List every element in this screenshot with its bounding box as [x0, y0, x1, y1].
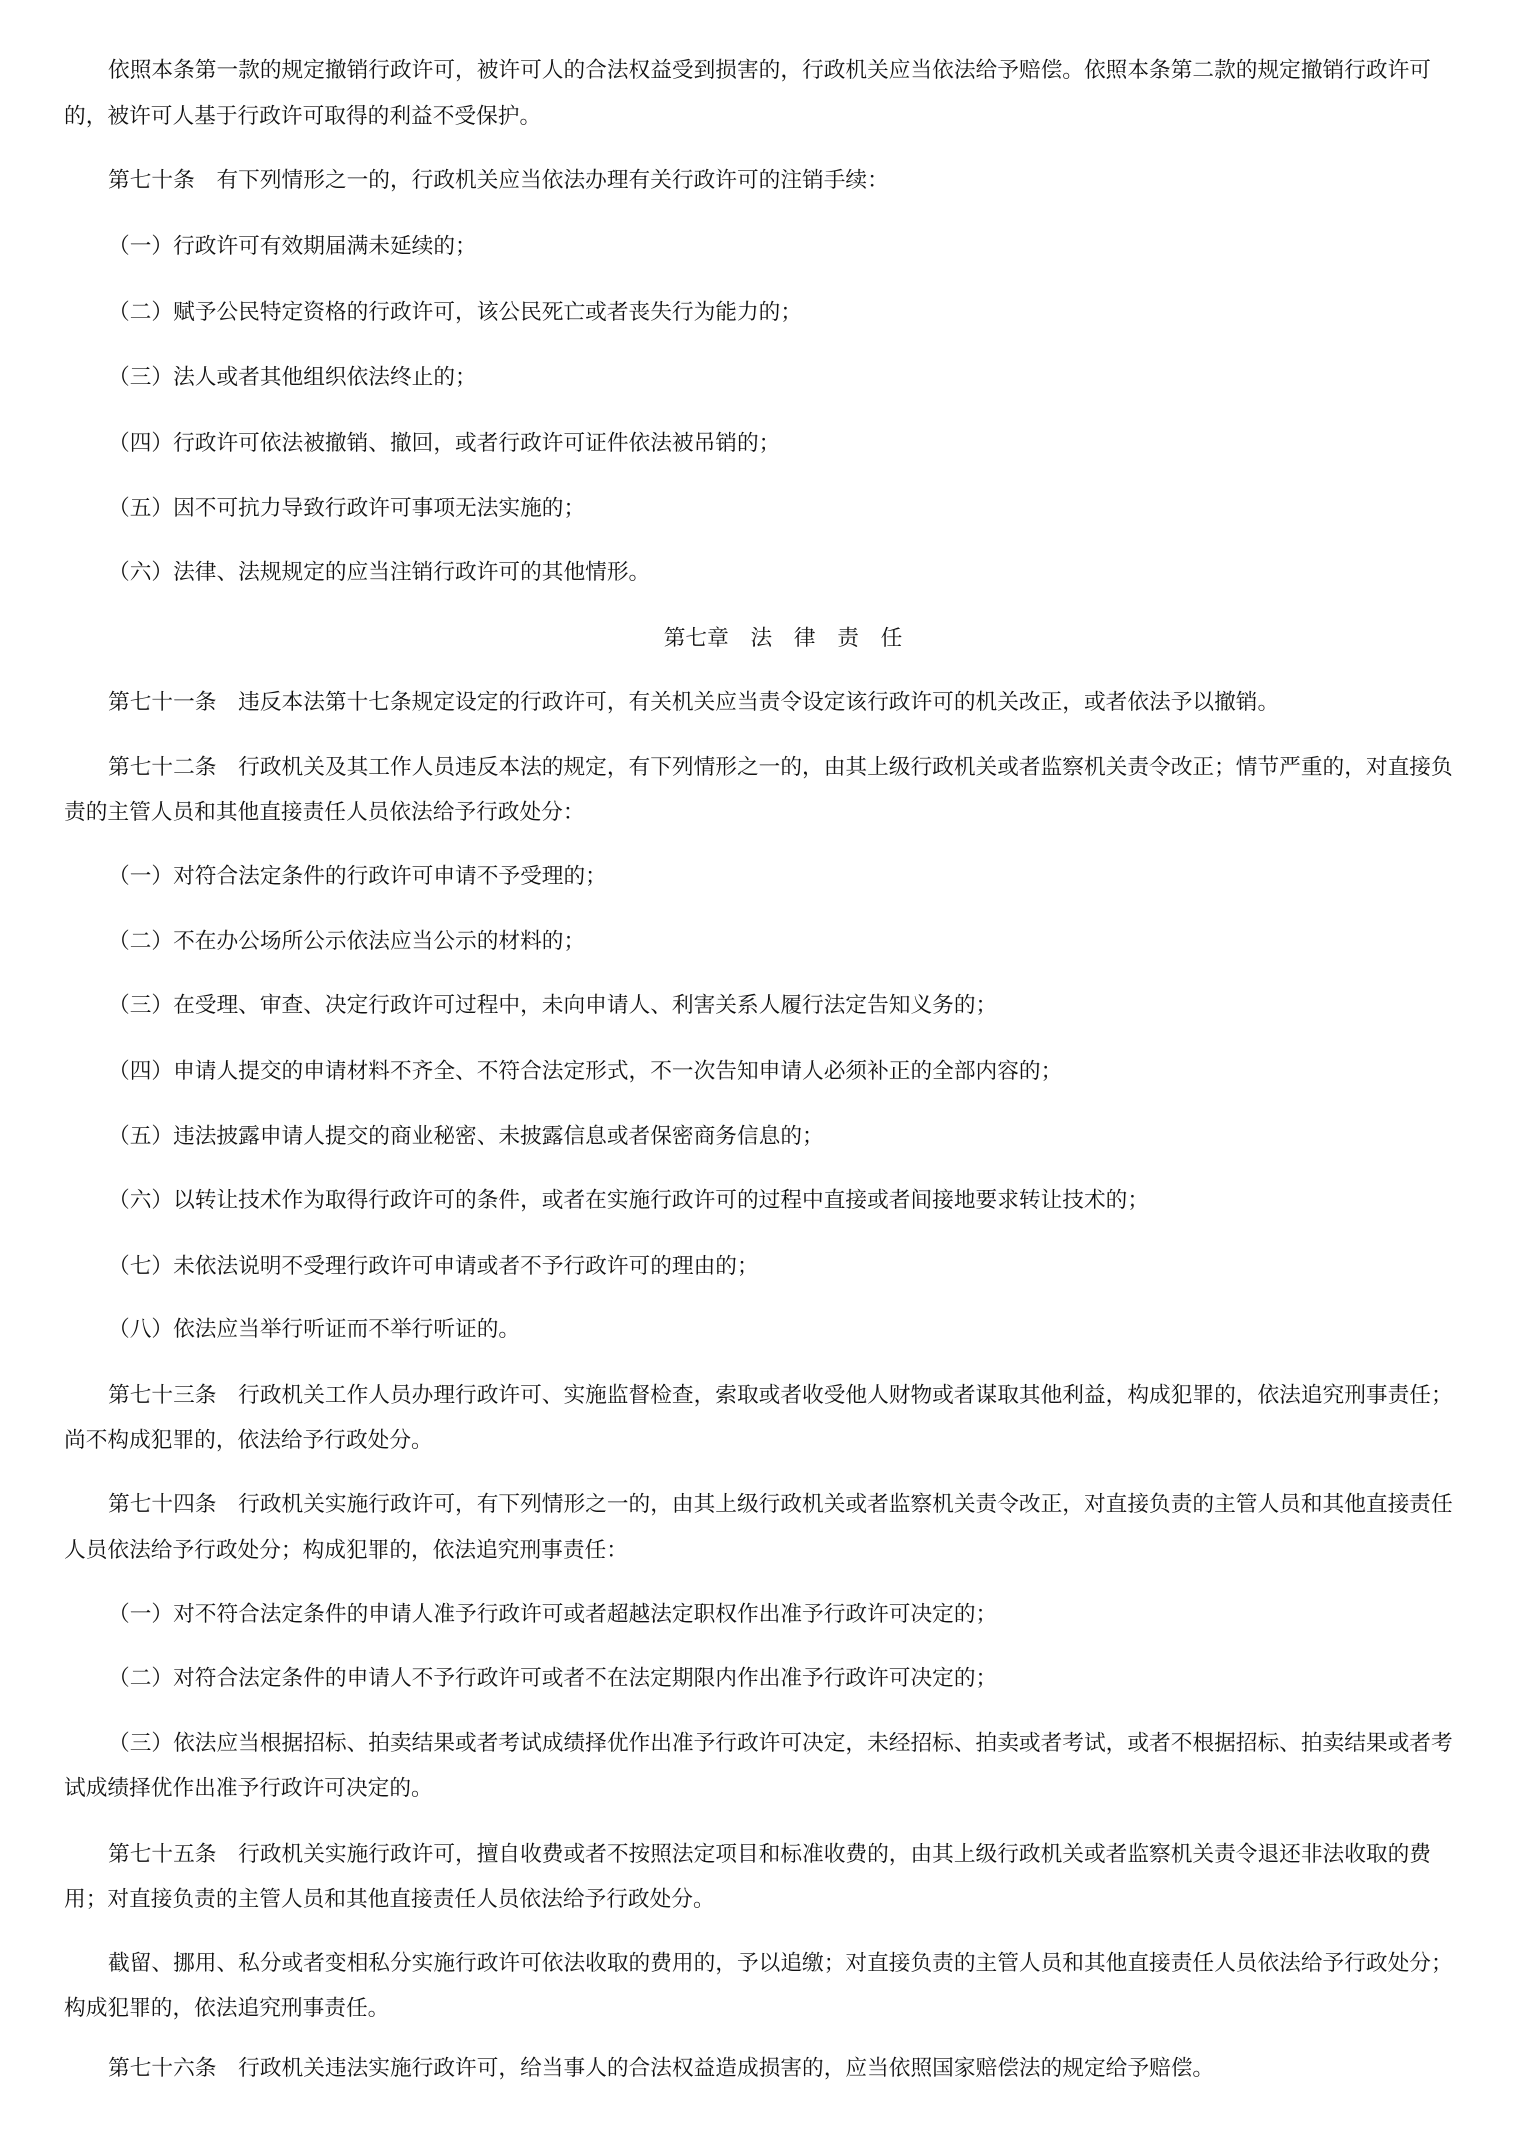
list-item: （二）不在办公场所公示依法应当公示的材料的； — [108, 929, 585, 955]
paragraph-line: 构成犯罪的，依法追究刑事责任。 — [64, 1996, 389, 2022]
list-item: （三）依法应当根据招标、拍卖结果或者考试成绩择优作出准予行政许可决定，未经招标、… — [108, 1731, 1453, 1757]
paragraph-line: 用；对直接负责的主管人员和其他直接责任人员依法给予行政处分。 — [64, 1887, 715, 1913]
list-item: （一）对符合法定条件的行政许可申请不予受理的； — [108, 864, 607, 890]
list-item: （六）法律、法规规定的应当注销行政许可的其他情形。 — [108, 560, 650, 586]
list-item: （五）违法披露申请人提交的商业秘密、未披露信息或者保密商务信息的； — [108, 1124, 824, 1150]
list-item: （二）赋予公民特定资格的行政许可，该公民死亡或者丧失行为能力的； — [108, 300, 802, 326]
list-item: （三）在受理、审查、决定行政许可过程中，未向申请人、利害关系人履行法定告知义务的… — [108, 993, 997, 1019]
list-item: （一）对不符合法定条件的申请人准予行政许可或者超越法定职权作出准予行政许可决定的… — [108, 1602, 997, 1628]
list-item: （六）以转让技术作为取得行政许可的条件，或者在实施行政许可的过程中直接或者间接地… — [108, 1188, 1149, 1214]
paragraph-line: 试成绩择优作出准予行政许可决定的。 — [64, 1776, 433, 1802]
article-76: 第七十六条 行政机关违法实施行政许可，给当事人的合法权益造成损害的，应当依照国家… — [108, 2056, 1214, 2082]
list-item: （三）法人或者其他组织依法终止的； — [108, 365, 477, 391]
list-item: （二）对符合法定条件的申请人不予行政许可或者不在法定期限内作出准予行政许可决定的… — [108, 1666, 997, 1692]
list-item: （一）行政许可有效期届满未延续的； — [108, 234, 477, 260]
paragraph-line: 尚不构成犯罪的，依法给予行政处分。 — [64, 1428, 433, 1454]
chapter-heading: 第七章 法 律 责 任 — [0, 626, 1520, 652]
article-75: 第七十五条 行政机关实施行政许可，擅自收费或者不按照法定项目和标准收费的，由其上… — [108, 1842, 1431, 1868]
article-72: 第七十二条 行政机关及其工作人员违反本法的规定，有下列情形之一的，由其上级行政机… — [108, 755, 1453, 781]
paragraph-line: 截留、挪用、私分或者变相私分实施行政许可依法收取的费用的，予以追缴；对直接负责的… — [108, 1951, 1453, 1977]
paragraph-line: 依照本条第一款的规定撤销行政许可，被许可人的合法权益受到损害的，行政机关应当依法… — [108, 58, 1431, 84]
list-item: （四）申请人提交的申请材料不齐全、不符合法定形式，不一次告知申请人必须补正的全部… — [108, 1059, 1062, 1085]
list-item: （八）依法应当举行听证而不举行听证的。 — [108, 1317, 520, 1343]
list-item: （七）未依法说明不受理行政许可申请或者不予行政许可的理由的； — [108, 1254, 759, 1280]
paragraph-line: 责的主管人员和其他直接责任人员依法给予行政处分： — [64, 800, 585, 826]
article-71: 第七十一条 违反本法第十七条规定设定的行政许可，有关机关应当责令设定该行政许可的… — [108, 690, 1279, 716]
paragraph-line: 人员依法给予行政处分；构成犯罪的，依法追究刑事责任： — [64, 1538, 628, 1564]
article-73: 第七十三条 行政机关工作人员办理行政许可、实施监督检查，索取或者收受他人财物或者… — [108, 1383, 1453, 1409]
list-item: （四）行政许可依法被撤销、撤回，或者行政许可证件依法被吊销的； — [108, 431, 780, 457]
list-item: （五）因不可抗力导致行政许可事项无法实施的； — [108, 496, 585, 522]
article-70: 第七十条 有下列情形之一的，行政机关应当依法办理有关行政许可的注销手续： — [108, 168, 889, 194]
article-74: 第七十四条 行政机关实施行政许可，有下列情形之一的，由其上级行政机关或者监察机关… — [108, 1492, 1453, 1518]
paragraph-line: 的，被许可人基于行政许可取得的利益不受保护。 — [64, 104, 541, 130]
